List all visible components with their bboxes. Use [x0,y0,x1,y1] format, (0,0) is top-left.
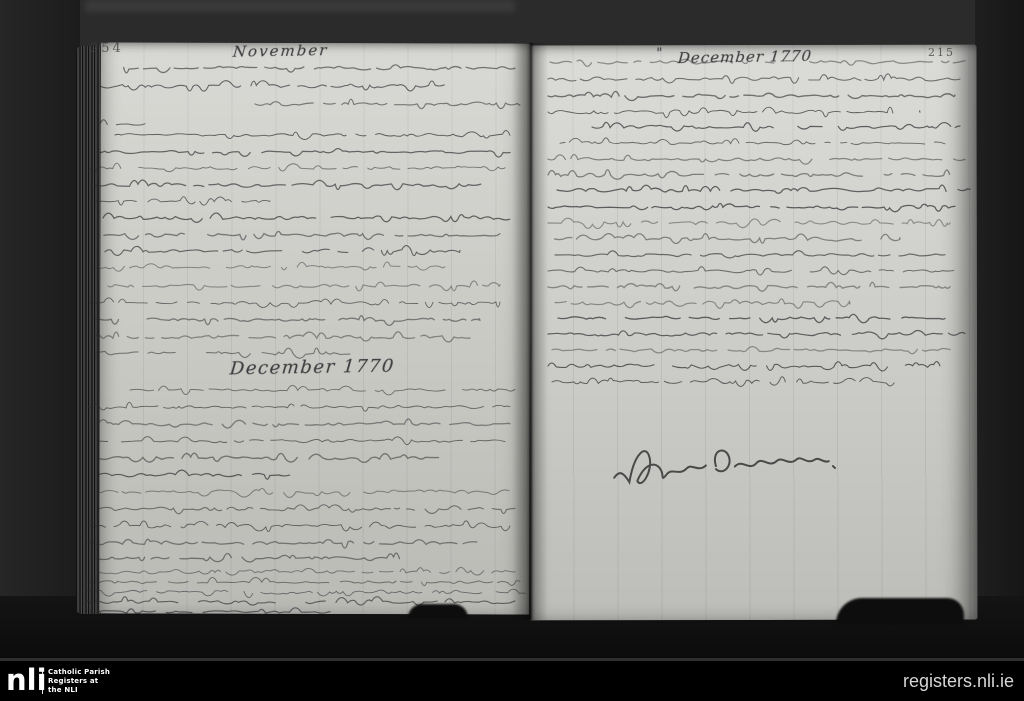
book-page-edges [76,46,102,614]
finger-shadow-left [408,604,468,618]
page-number-left: 254 [90,41,124,56]
nli-logo: nli [6,664,47,696]
photo-background-left [0,0,80,661]
header-december-right-page: December 1770 [677,47,813,67]
footer-caption-line-1: Catholic Parish [48,668,110,677]
site-link[interactable]: registers.nli.ie [903,671,1014,692]
register-page-right [529,45,977,621]
footer-caption-line-2: Registers at [48,677,110,686]
photo-background-highlight [85,0,515,12]
book-gutter-line [530,43,532,620]
header-november: November [232,41,329,61]
footer-caption: Catholic Parish Registers at the NLI [48,668,110,695]
header-december-left-page: December 1770 [229,356,396,380]
page-number-right: 215 [928,46,955,59]
register-scan-photo: November December 1770 " December 1770 2… [0,0,1024,661]
nli-footer-bar: nli Catholic Parish Registers at the NLI… [0,661,1024,701]
register-page-left [99,42,530,614]
footer-top-strip [0,658,1024,661]
photo-background-right [975,0,1024,661]
finger-shadow-right [836,598,964,624]
page-root: November December 1770 " December 1770 2… [0,0,1024,701]
logo-separator [42,668,43,694]
footer-caption-line-3: the NLI [48,686,110,695]
